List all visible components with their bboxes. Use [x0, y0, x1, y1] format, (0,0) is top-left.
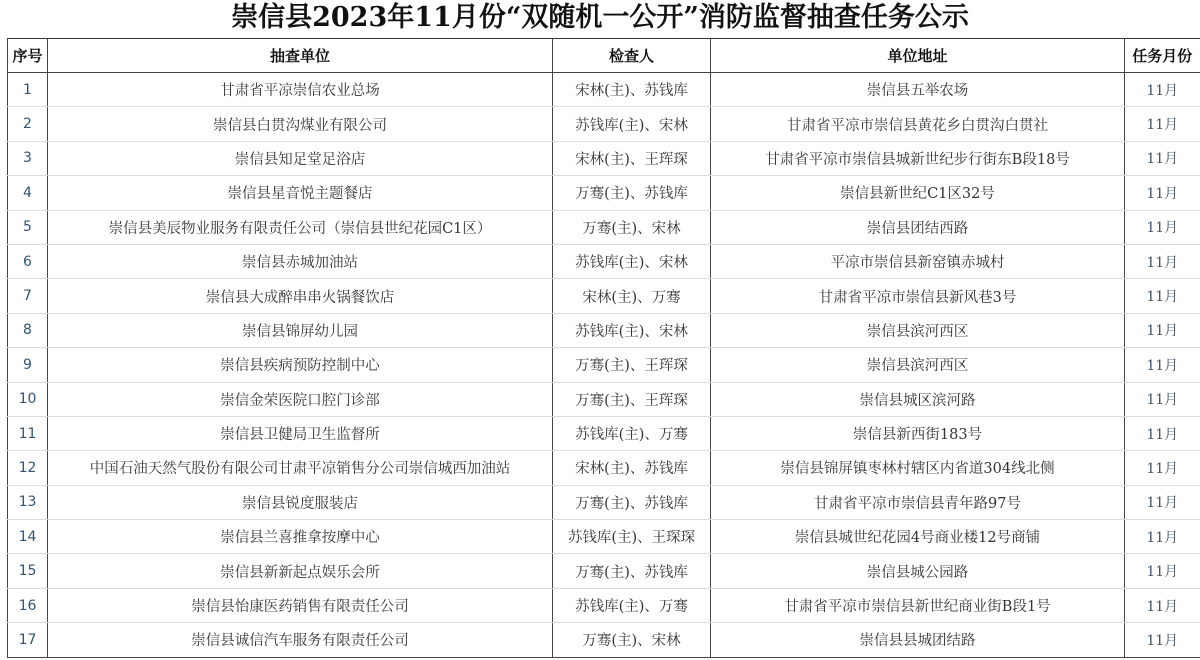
cell-month: 11月 [1125, 382, 1200, 416]
cell-inspector: 苏钱库(主)、王琛琛 [553, 520, 711, 554]
cell-unit: 崇信县白贯沟煤业有限公司 [48, 107, 553, 141]
cell-unit: 崇信县卫健局卫生监督所 [48, 416, 553, 450]
cell-address: 甘肃省平凉市崇信县新世纪商业街B段1号 [711, 588, 1125, 622]
cell-inspector: 万骞(主)、宋林 [553, 210, 711, 244]
cell-seq: 1 [8, 73, 48, 107]
cell-inspector: 万骞(主)、苏钱库 [553, 176, 711, 210]
header-address: 单位地址 [711, 39, 1125, 73]
cell-address: 崇信县锦屏镇枣林村辖区内省道304线北侧 [711, 451, 1125, 485]
cell-month: 11月 [1125, 141, 1200, 175]
cell-address: 甘肃省平凉市崇信县城新世纪步行街东B段18号 [711, 141, 1125, 175]
cell-unit: 崇信县新新起点娱乐会所 [48, 554, 553, 588]
table-row: 13 崇信县锐度服装店 万骞(主)、苏钱库 甘肃省平凉市崇信县青年路97号 11… [8, 485, 1200, 519]
table-row: 3 崇信县知足堂足浴店 宋林(主)、王珲琛 甘肃省平凉市崇信县城新世纪步行街东B… [8, 141, 1200, 175]
table-row: 2 崇信县白贯沟煤业有限公司 苏钱库(主)、宋林 甘肃省平凉市崇信县黄花乡白贯沟… [8, 107, 1200, 141]
cell-month: 11月 [1125, 107, 1200, 141]
cell-address: 崇信县滨河西区 [711, 348, 1125, 382]
table-row: 7 崇信县大成醉串串火锅餐饮店 宋林(主)、万骞 甘肃省平凉市崇信县新风巷3号 … [8, 279, 1200, 313]
cell-inspector: 万骞(主)、苏钱库 [553, 485, 711, 519]
cell-unit: 崇信县诚信汽车服务有限责任公司 [48, 623, 553, 657]
cell-unit: 崇信县怡康医药销售有限责任公司 [48, 588, 553, 622]
cell-month: 11月 [1125, 416, 1200, 450]
cell-month: 11月 [1125, 313, 1200, 347]
table-row: 16 崇信县怡康医药销售有限责任公司 苏钱库(主)、万骞 甘肃省平凉市崇信县新世… [8, 588, 1200, 622]
cell-unit: 崇信县星音悦主题餐店 [48, 176, 553, 210]
cell-address: 崇信县城公园路 [711, 554, 1125, 588]
cell-address: 崇信县五举农场 [711, 73, 1125, 107]
cell-month: 11月 [1125, 176, 1200, 210]
cell-address: 平凉市崇信县新窑镇赤城村 [711, 244, 1125, 278]
cell-month: 11月 [1125, 485, 1200, 519]
cell-month: 11月 [1125, 279, 1200, 313]
cell-month: 11月 [1125, 554, 1200, 588]
cell-seq: 5 [8, 210, 48, 244]
header-month: 任务月份 [1125, 39, 1200, 73]
table-row: 9 崇信县疾病预防控制中心 万骞(主)、王珲琛 崇信县滨河西区 11月 [8, 348, 1200, 382]
table-row: 8 崇信县锦屏幼儿园 苏钱库(主)、宋林 崇信县滨河西区 11月 [8, 313, 1200, 347]
header-seq: 序号 [8, 39, 48, 73]
cell-month: 11月 [1125, 451, 1200, 485]
table-row: 4 崇信县星音悦主题餐店 万骞(主)、苏钱库 崇信县新世纪C1区32号 11月 [8, 176, 1200, 210]
cell-address: 崇信县新世纪C1区32号 [711, 176, 1125, 210]
table-row: 15 崇信县新新起点娱乐会所 万骞(主)、苏钱库 崇信县城公园路 11月 [8, 554, 1200, 588]
cell-seq: 13 [8, 485, 48, 519]
cell-inspector: 苏钱库(主)、宋林 [553, 107, 711, 141]
cell-month: 11月 [1125, 623, 1200, 657]
cell-inspector: 万骞(主)、宋林 [553, 623, 711, 657]
cell-inspector: 苏钱库(主)、万骞 [553, 588, 711, 622]
cell-address: 崇信县县城团结路 [711, 623, 1125, 657]
cell-address: 崇信县滨河西区 [711, 313, 1125, 347]
cell-unit: 崇信县知足堂足浴店 [48, 141, 553, 175]
cell-unit: 崇信县兰喜推拿按摩中心 [48, 520, 553, 554]
cell-inspector: 苏钱库(主)、宋林 [553, 244, 711, 278]
cell-seq: 10 [8, 382, 48, 416]
table-header-row: 序号 抽查单位 检查人 单位地址 任务月份 [8, 39, 1200, 73]
cell-address: 崇信县团结西路 [711, 210, 1125, 244]
cell-month: 11月 [1125, 210, 1200, 244]
cell-month: 11月 [1125, 348, 1200, 382]
cell-unit: 崇信县赤城加油站 [48, 244, 553, 278]
cell-seq: 15 [8, 554, 48, 588]
cell-seq: 8 [8, 313, 48, 347]
cell-inspector: 万骞(主)、苏钱库 [553, 554, 711, 588]
table-row: 11 崇信县卫健局卫生监督所 苏钱库(主)、万骞 崇信县新西街183号 11月 [8, 416, 1200, 450]
table-row: 1 甘肃省平凉崇信农业总场 宋林(主)、苏钱库 崇信县五举农场 11月 [8, 73, 1200, 107]
cell-month: 11月 [1125, 588, 1200, 622]
cell-seq: 3 [8, 141, 48, 175]
cell-unit: 崇信县美辰物业服务有限责任公司（崇信县世纪花园C1区） [48, 210, 553, 244]
cell-seq: 11 [8, 416, 48, 450]
cell-inspector: 宋林(主)、万骞 [553, 279, 711, 313]
cell-month: 11月 [1125, 520, 1200, 554]
cell-address: 甘肃省平凉市崇信县新风巷3号 [711, 279, 1125, 313]
cell-unit: 崇信金荣医院口腔门诊部 [48, 382, 553, 416]
cell-seq: 9 [8, 348, 48, 382]
cell-seq: 7 [8, 279, 48, 313]
table-row: 14 崇信县兰喜推拿按摩中心 苏钱库(主)、王琛琛 崇信县城世纪花园4号商业楼1… [8, 520, 1200, 554]
cell-unit: 崇信县疾病预防控制中心 [48, 348, 553, 382]
cell-seq: 14 [8, 520, 48, 554]
cell-month: 11月 [1125, 73, 1200, 107]
cell-inspector: 苏钱库(主)、万骞 [553, 416, 711, 450]
cell-seq: 6 [8, 244, 48, 278]
cell-seq: 17 [8, 623, 48, 657]
cell-seq: 12 [8, 451, 48, 485]
cell-unit: 中国石油天然气股份有限公司甘肃平凉销售分公司崇信城西加油站 [48, 451, 553, 485]
document-title: 崇信县2023年11月份“双随机一公开”消防监督抽查任务公示 [0, 0, 1200, 37]
cell-inspector: 宋林(主)、苏钱库 [553, 451, 711, 485]
table-row: 17 崇信县诚信汽车服务有限责任公司 万骞(主)、宋林 崇信县县城团结路 11月 [8, 623, 1200, 657]
cell-address: 崇信县城区滨河路 [711, 382, 1125, 416]
cell-address: 甘肃省平凉市崇信县黄花乡白贯沟白贯社 [711, 107, 1125, 141]
header-inspector: 检查人 [553, 39, 711, 73]
cell-address: 甘肃省平凉市崇信县青年路97号 [711, 485, 1125, 519]
cell-month: 11月 [1125, 244, 1200, 278]
table-row: 6 崇信县赤城加油站 苏钱库(主)、宋林 平凉市崇信县新窑镇赤城村 11月 [8, 244, 1200, 278]
table-row: 5 崇信县美辰物业服务有限责任公司（崇信县世纪花园C1区） 万骞(主)、宋林 崇… [8, 210, 1200, 244]
cell-seq: 16 [8, 588, 48, 622]
table-row: 10 崇信金荣医院口腔门诊部 万骞(主)、王珲琛 崇信县城区滨河路 11月 [8, 382, 1200, 416]
cell-inspector: 宋林(主)、王珲琛 [553, 141, 711, 175]
cell-inspector: 万骞(主)、王珲琛 [553, 382, 711, 416]
cell-address: 崇信县新西街183号 [711, 416, 1125, 450]
cell-unit: 崇信县锐度服装店 [48, 485, 553, 519]
cell-seq: 4 [8, 176, 48, 210]
table-row: 12 中国石油天然气股份有限公司甘肃平凉销售分公司崇信城西加油站 宋林(主)、苏… [8, 451, 1200, 485]
cell-inspector: 宋林(主)、苏钱库 [553, 73, 711, 107]
cell-inspector: 万骞(主)、王珲琛 [553, 348, 711, 382]
cell-unit: 崇信县大成醉串串火锅餐饮店 [48, 279, 553, 313]
cell-unit: 崇信县锦屏幼儿园 [48, 313, 553, 347]
cell-unit: 甘肃省平凉崇信农业总场 [48, 73, 553, 107]
cell-seq: 2 [8, 107, 48, 141]
cell-address: 崇信县城世纪花园4号商业楼12号商铺 [711, 520, 1125, 554]
inspection-task-table: 序号 抽查单位 检查人 单位地址 任务月份 1 甘肃省平凉崇信农业总场 宋林(主… [7, 38, 1200, 658]
cell-inspector: 苏钱库(主)、宋林 [553, 313, 711, 347]
header-unit: 抽查单位 [48, 39, 553, 73]
